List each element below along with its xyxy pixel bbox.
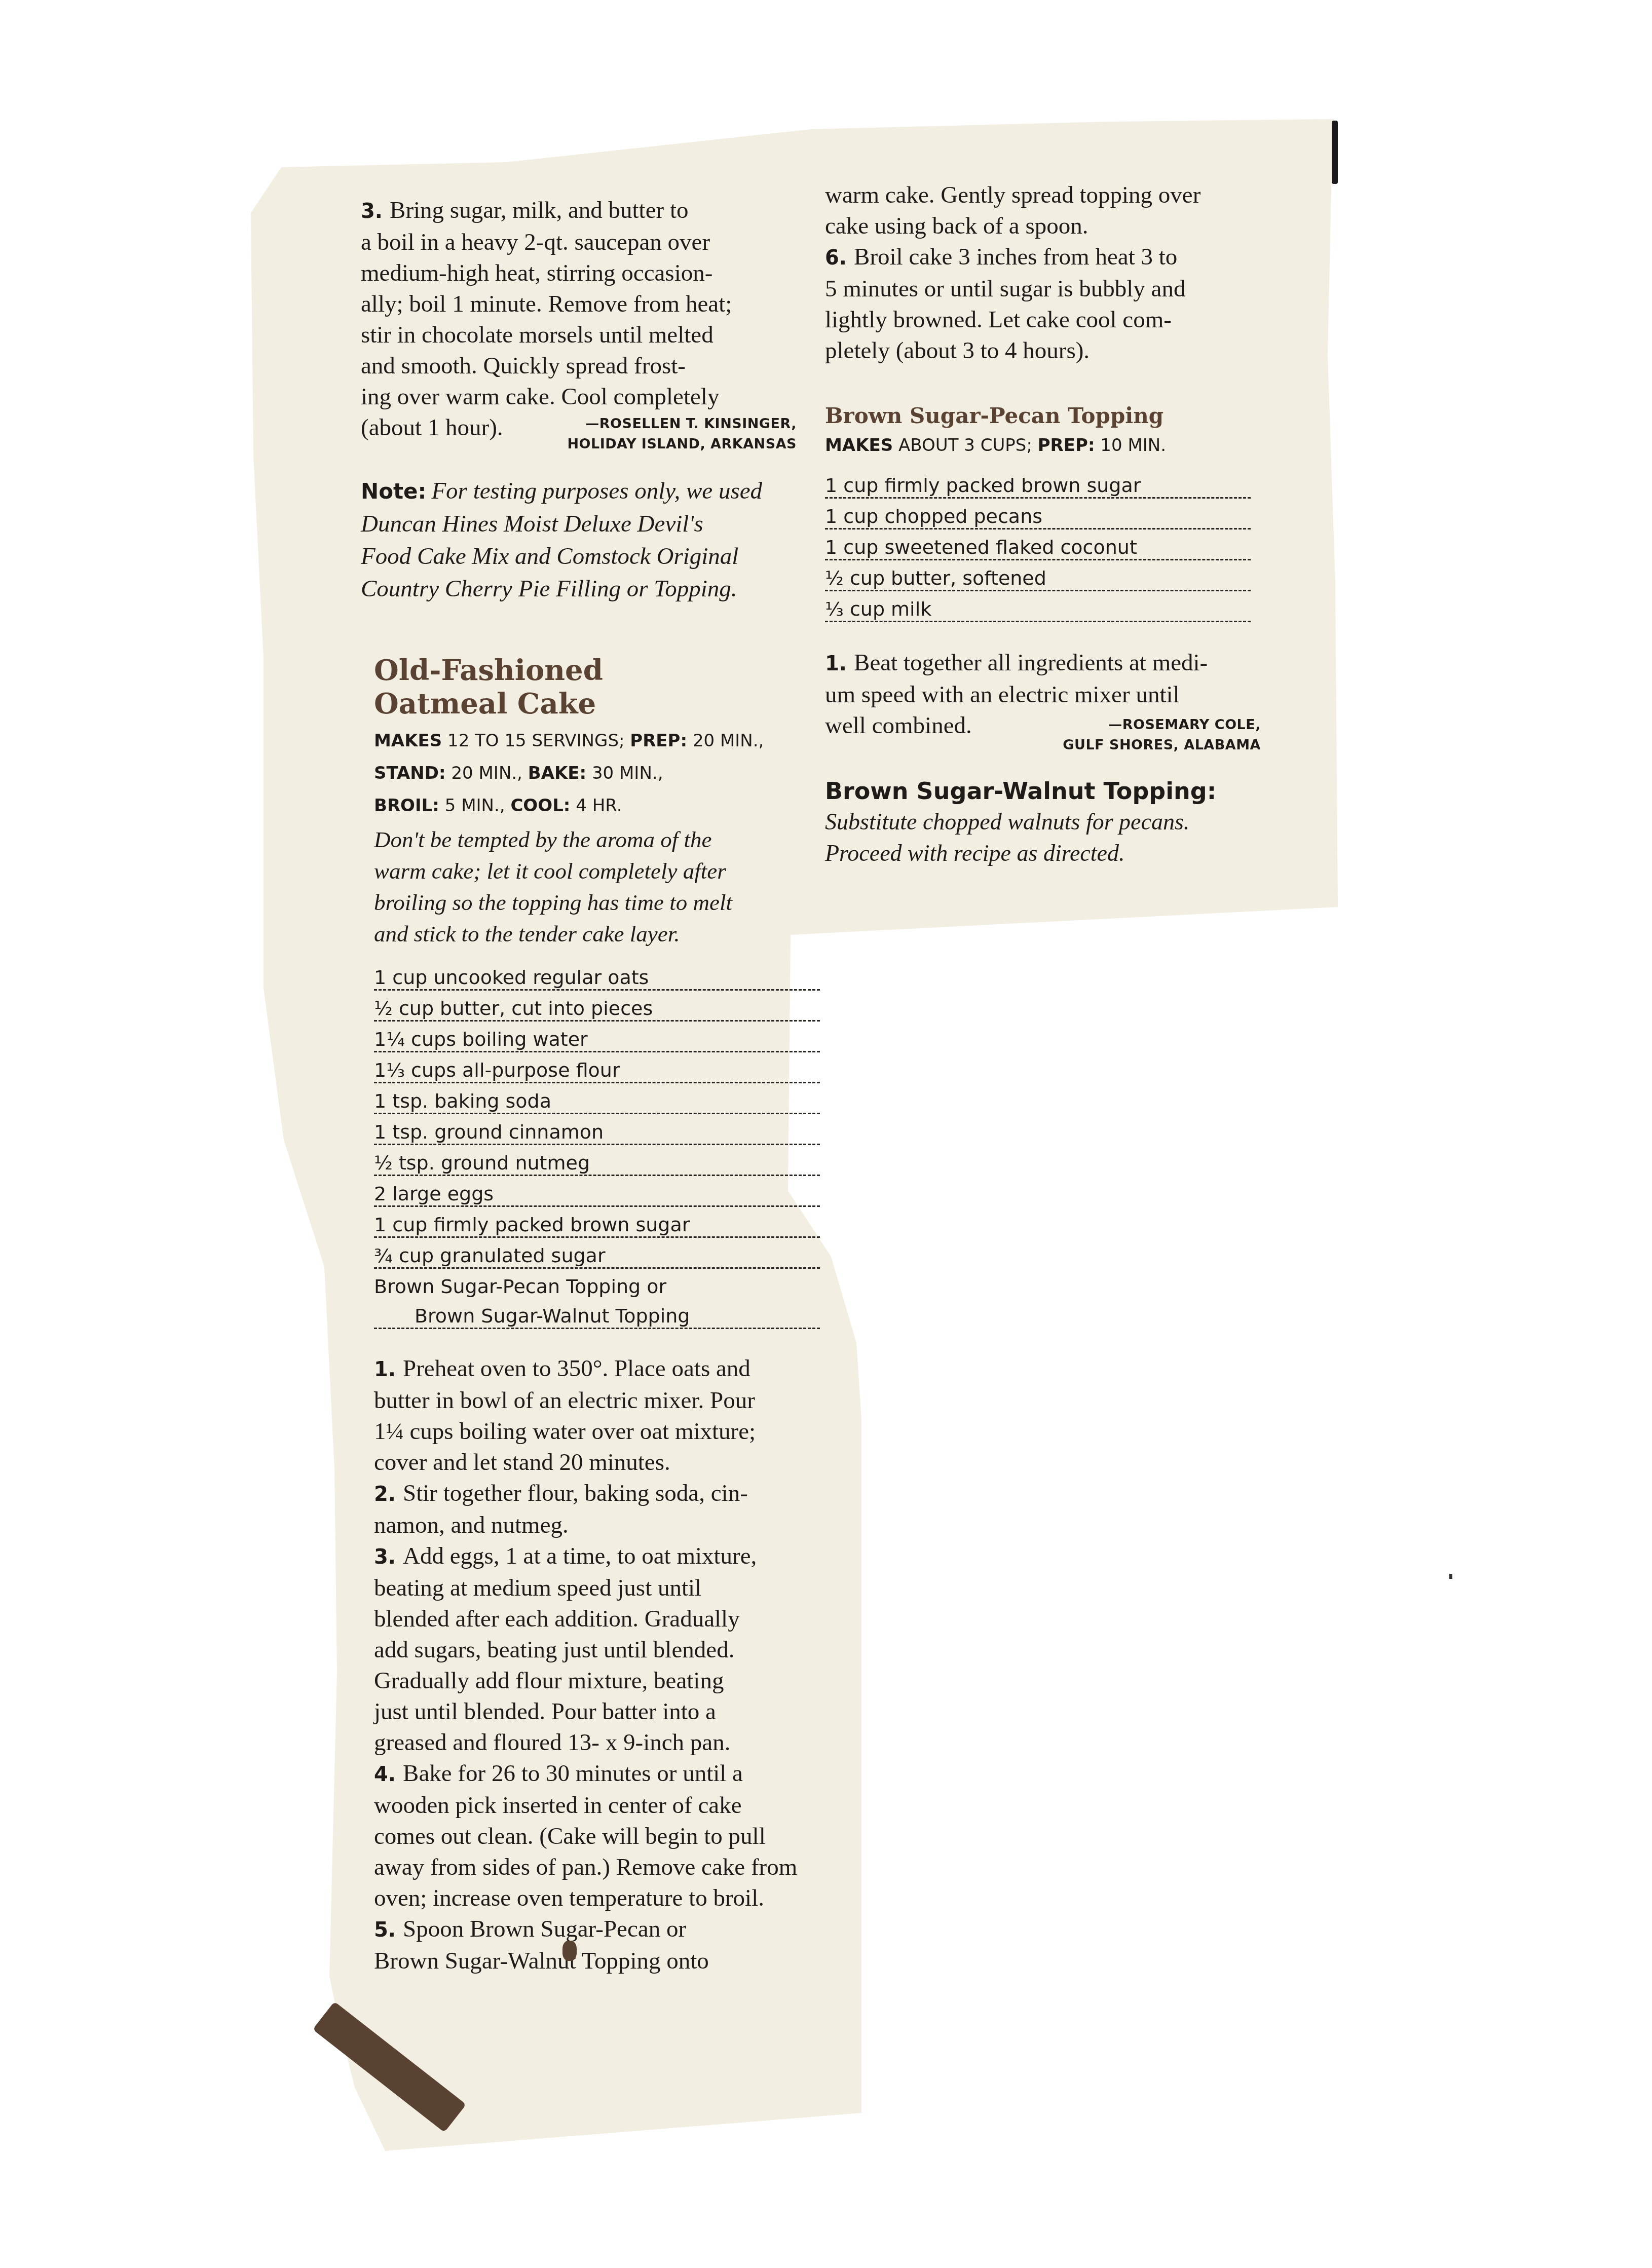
ingredient: 2 large eggs xyxy=(374,1176,820,1207)
ingredient: 1¼ cups boiling water xyxy=(374,1022,820,1052)
variation-title: Brown Sugar-Walnut Topping: xyxy=(825,776,1271,806)
ingredient: 1⅓ cups all-purpose flour xyxy=(374,1052,820,1083)
walnut-topping-variation: Brown Sugar-Walnut Topping: Substitute c… xyxy=(825,776,1271,869)
ingredient-list: 1 cup uncooked regular oats ½ cup butter… xyxy=(374,960,820,1329)
ingredient: ⅓ cup milk xyxy=(825,591,1251,622)
dust-speck xyxy=(1449,1574,1452,1579)
note-label: Note: xyxy=(361,479,426,504)
recipe-intro: Don't be tempted by the aroma of the war… xyxy=(374,824,820,950)
frosting-step-3: 3.Bring sugar, milk, and butter to a boi… xyxy=(361,195,797,443)
ingredient: 1 tsp. ground cinnamon xyxy=(374,1114,820,1145)
oatmeal-cake-recipe: Old-Fashioned Oatmeal Cake MAKES 12 TO 1… xyxy=(374,654,820,1977)
stain-spot xyxy=(562,1941,577,1961)
ingredient: 1 cup firmly packed brown sugar xyxy=(374,1207,820,1238)
ingredient: 1 cup uncooked regular oats xyxy=(374,960,820,991)
step: 5.Spoon Brown Sugar-Pecan or Brown Sugar… xyxy=(374,1914,820,1977)
recipe-meta: MAKES 12 TO 15 SERVINGS; PREP: 20 MIN., … xyxy=(374,725,820,822)
ingredient: 1 cup chopped pecans xyxy=(825,499,1251,530)
recipe-meta: MAKES ABOUT 3 CUPS; PREP: 10 MIN. xyxy=(825,430,1271,461)
ingredient: Brown Sugar-Walnut Topping xyxy=(374,1298,820,1329)
ingredient: 1 cup sweetened flaked coconut xyxy=(825,530,1251,560)
step: 4.Bake for 26 to 30 minutes or until a w… xyxy=(374,1758,820,1914)
step: 1.Preheat oven to 350°. Place oats and b… xyxy=(374,1353,820,1478)
recipe-title: Old-Fashioned Oatmeal Cake xyxy=(374,654,820,721)
ingredient: ¾ cup granulated sugar xyxy=(374,1238,820,1269)
ingredient: 1 tsp. baking soda xyxy=(374,1083,820,1114)
recipe-steps: 1.Preheat oven to 350°. Place oats and b… xyxy=(374,1353,820,1977)
step: 3.Add eggs, 1 at a time, to oat mixture,… xyxy=(374,1541,820,1758)
step-5-continuation: warm cake. Gently spread topping over ca… xyxy=(825,180,1271,366)
step-number: 3. xyxy=(361,200,383,223)
ingredient-list: 1 cup firmly packed brown sugar 1 cup ch… xyxy=(825,468,1251,622)
step: 2.Stir together flour, baking soda, cin-… xyxy=(374,1478,820,1541)
note: Note:For testing purposes only, we used … xyxy=(361,475,797,605)
ingredient: ½ cup butter, cut into pieces xyxy=(374,991,820,1022)
ingredient: ½ cup butter, softened xyxy=(825,560,1251,591)
pecan-topping-recipe: Brown Sugar-Pecan Topping MAKES ABOUT 3 … xyxy=(825,402,1271,755)
left-column-top: 3.Bring sugar, milk, and butter to a boi… xyxy=(361,195,797,605)
ingredient: ½ tsp. ground nutmeg xyxy=(374,1145,820,1176)
ink-mark xyxy=(1332,121,1338,184)
ingredient: 1 cup firmly packed brown sugar xyxy=(825,468,1251,499)
recipe-title: Brown Sugar-Pecan Topping xyxy=(825,402,1271,430)
ingredient: Brown Sugar-Pecan Topping or xyxy=(374,1269,820,1298)
right-column: warm cake. Gently spread topping over ca… xyxy=(825,180,1271,869)
